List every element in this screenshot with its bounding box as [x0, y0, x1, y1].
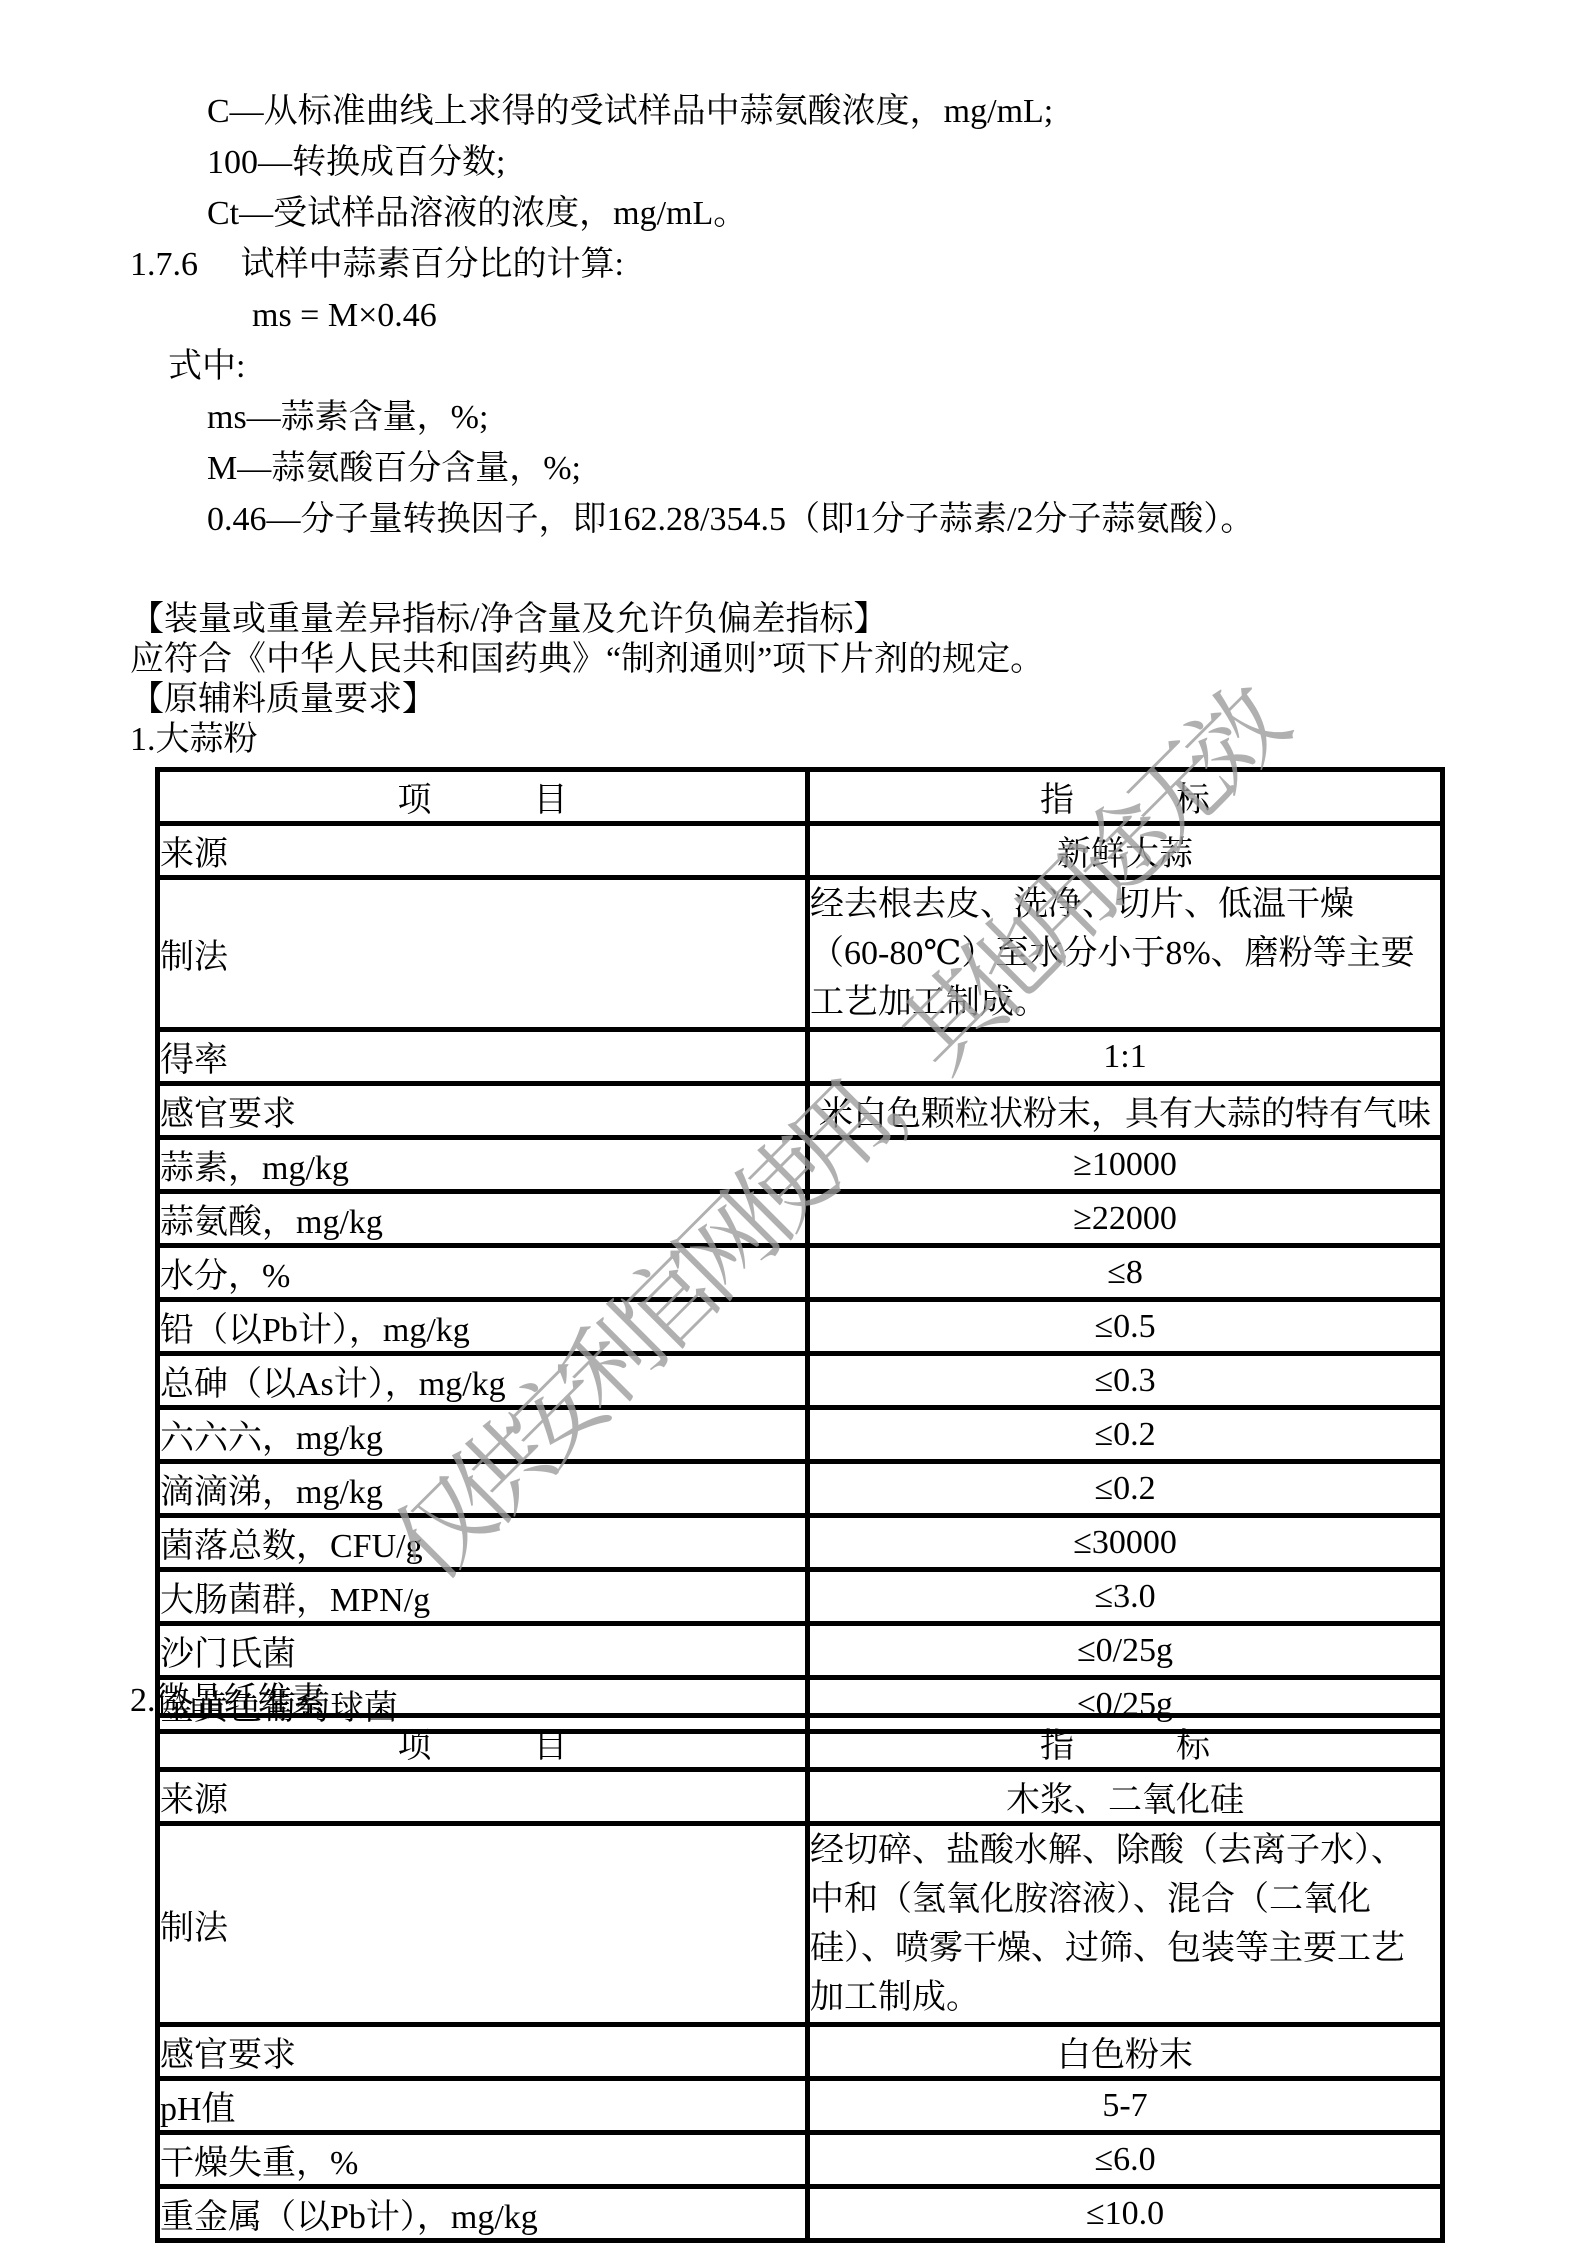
spec-row-value: ≤0/25g [808, 1624, 1443, 1678]
table-header-spec: 指 标 [808, 770, 1443, 824]
spec-row-label: 重金属（以Pb计），mg/kg [158, 2187, 808, 2241]
spec-row-label: 菌落总数，CFU/g [158, 1516, 808, 1570]
spec-row-value: ≤0.5 [808, 1300, 1443, 1354]
table-header-spec: 指 标 [808, 1716, 1443, 1770]
spec-row-value: ≤0.3 [808, 1354, 1443, 1408]
spec-row-label: 六六六，mg/kg [158, 1408, 808, 1462]
spec-row-label: 滴滴涕，mg/kg [158, 1462, 808, 1516]
spec-row-value: 新鲜大蒜 [808, 824, 1443, 878]
spec-row-label: 感官要求 [158, 1084, 808, 1138]
table-header-item: 项 目 [158, 1716, 808, 1770]
formula-line: ms = M×0.46 [0, 290, 1587, 341]
section-heading: 【装量或重量差异指标/净含量及允许负偏差指标】 [0, 600, 1587, 640]
section-text: 应符合《中华人民共和国药典》“制剂通则”项下片剂的规定。 [0, 640, 1587, 680]
spec-row-value: ≤0.2 [808, 1462, 1443, 1516]
intro-block: C—从标准曲线上求得的受试样品中蒜氨酸浓度，mg/mL; 100—转换成百分数;… [0, 86, 1587, 545]
spec-table-mcc: 项 目 指 标 来源 木浆、二氧化硅 制法 经切碎、盐酸水解、除酸（去离子水）、… [155, 1713, 1445, 2243]
spec-row-label: 得率 [158, 1030, 808, 1084]
spec-row-label: 总砷（以As计），mg/kg [158, 1354, 808, 1408]
spec-table-garlic-powder: 项 目 指 标 来源 新鲜大蒜 制法 经去根去皮、洗净、切片、低温干燥 （60-… [155, 767, 1445, 1734]
spec-row-label: 铅（以Pb计），mg/kg [158, 1300, 808, 1354]
spec-row-value: 经去根去皮、洗净、切片、低温干燥 （60-80℃）至水分小于8%、磨粉等主要 工… [808, 878, 1443, 1030]
spec-row-value: ≤30000 [808, 1516, 1443, 1570]
spec-row-value: ≤0.2 [808, 1408, 1443, 1462]
section-block: 【装量或重量差异指标/净含量及允许负偏差指标】 应符合《中华人民共和国药典》“制… [0, 600, 1587, 760]
spec-row-value: ≤6.0 [808, 2133, 1443, 2187]
spec-row-label: 蒜氨酸，mg/kg [158, 1192, 808, 1246]
section-heading: 【原辅料质量要求】 [0, 680, 1587, 720]
spec-row-label: 沙门氏菌 [158, 1624, 808, 1678]
spec-row-value: 5-7 [808, 2079, 1443, 2133]
spec-row-label: 感官要求 [158, 2025, 808, 2079]
spec-row-label: 大肠菌群，MPN/g [158, 1570, 808, 1624]
intro-line: 0.46—分子量转换因子，即162.28/354.5（即1分子蒜素/2分子蒜氨酸… [0, 494, 1587, 545]
spec-row-label: 来源 [158, 824, 808, 878]
spec-row-value: ≥10000 [808, 1138, 1443, 1192]
spec-row-value: 米白色颗粒状粉末，具有大蒜的特有气味 [808, 1084, 1443, 1138]
spec-row-value: ≤3.0 [808, 1570, 1443, 1624]
table-caption-garlic-powder: 1.大蒜粉 [0, 720, 1587, 760]
spec-row-label: 来源 [158, 1770, 808, 1824]
spec-row-label: pH值 [158, 2079, 808, 2133]
spec-row-label: 制法 [158, 878, 808, 1030]
spec-row-value: ≤8 [808, 1246, 1443, 1300]
intro-line: 式中: [0, 341, 1587, 392]
spec-row-value: ≤10.0 [808, 2187, 1443, 2241]
spec-row-value: ≥22000 [808, 1192, 1443, 1246]
spec-row-label: 蒜素，mg/kg [158, 1138, 808, 1192]
section-number-line: 1.7.6 试样中蒜素百分比的计算: [0, 239, 1587, 290]
spec-row-label: 干燥失重，% [158, 2133, 808, 2187]
spec-row-value: 木浆、二氧化硅 [808, 1770, 1443, 1824]
intro-line: Ct—受试样品溶液的浓度，mg/mL。 [0, 188, 1587, 239]
spec-row-label: 水分，% [158, 1246, 808, 1300]
intro-line: M—蒜氨酸百分含量，%; [0, 443, 1587, 494]
spec-row-value: 白色粉末 [808, 2025, 1443, 2079]
intro-line: 100—转换成百分数; [0, 137, 1587, 188]
table-header-item: 项 目 [158, 770, 808, 824]
spec-row-label: 制法 [158, 1824, 808, 2025]
spec-row-value: 1:1 [808, 1030, 1443, 1084]
spec-row-value: 经切碎、盐酸水解、除酸（去离子水）、 中和（氢氧化胺溶液）、混合（二氧化 硅）、… [808, 1824, 1443, 2025]
intro-line: ms—蒜素含量，%; [0, 392, 1587, 443]
intro-line: C—从标准曲线上求得的受试样品中蒜氨酸浓度，mg/mL; [0, 86, 1587, 137]
document-page: C—从标准曲线上求得的受试样品中蒜氨酸浓度，mg/mL; 100—转换成百分数;… [0, 0, 1587, 2245]
